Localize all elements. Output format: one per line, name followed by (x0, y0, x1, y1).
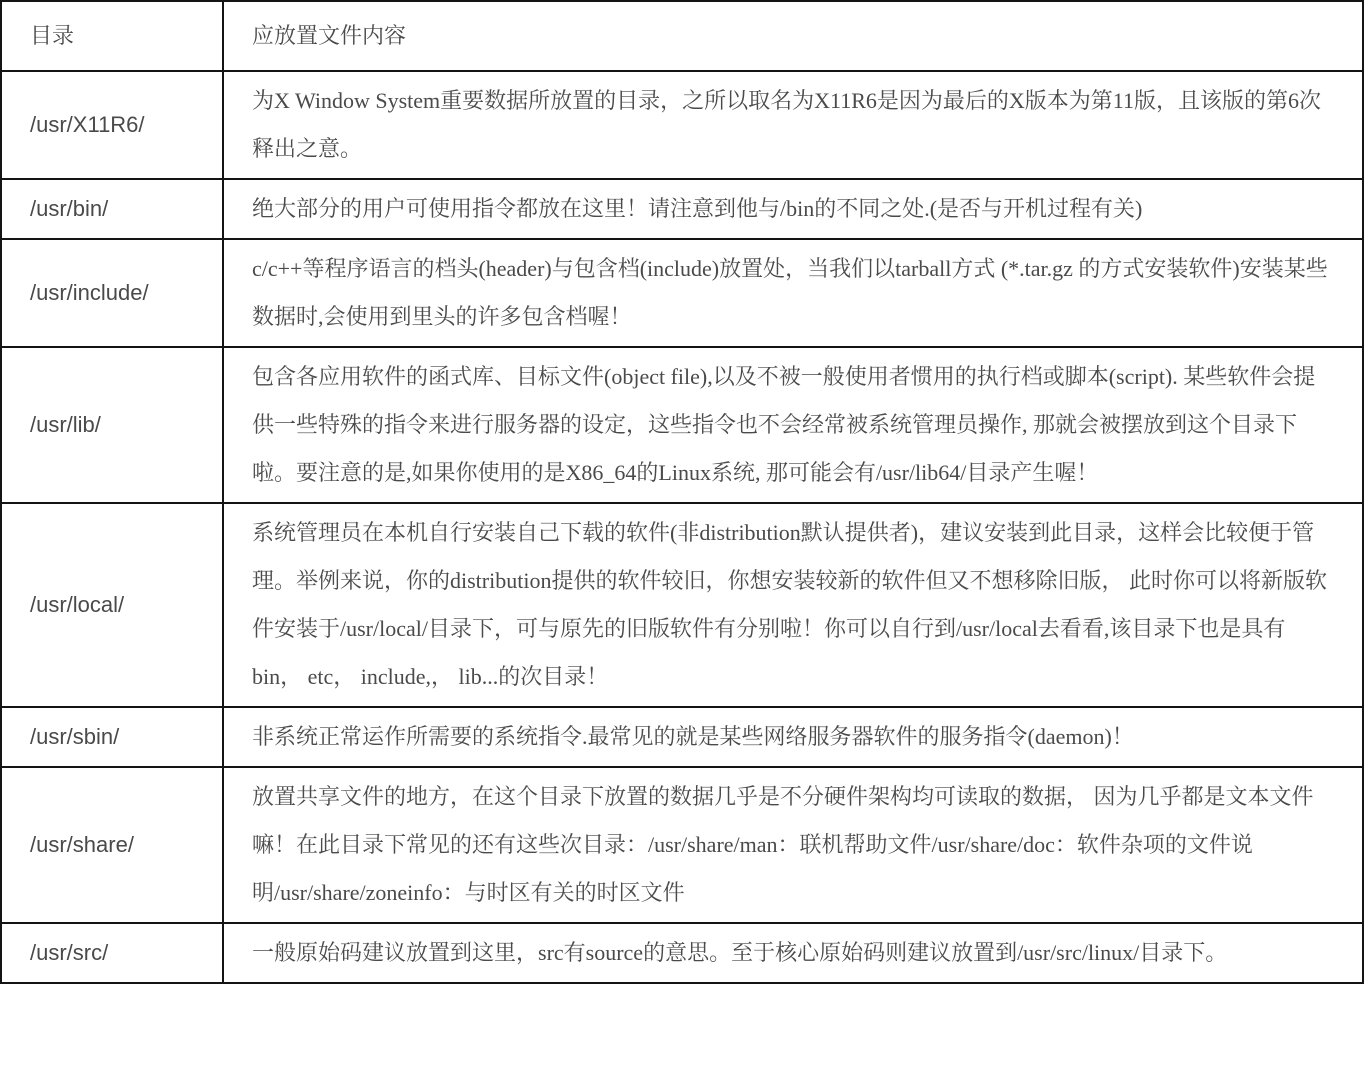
content-cell: 绝大部分的用户可使用指令都放在这里！请注意到他与/bin的不同之处.(是否与开机… (223, 179, 1363, 239)
table-row: /usr/src/ 一般原始码建议放置到这里，src有source的意思。至于核… (1, 923, 1363, 983)
dir-cell: /usr/lib/ (1, 347, 223, 503)
header-directory: 目录 (1, 1, 223, 71)
table-row: /usr/bin/ 绝大部分的用户可使用指令都放在这里！请注意到他与/bin的不… (1, 179, 1363, 239)
content-cell: 包含各应用软件的函式库、目标文件(object file),以及不被一般使用者惯… (223, 347, 1363, 503)
header-content: 应放置文件内容 (223, 1, 1363, 71)
content-cell: 为X Window System重要数据所放置的目录，之所以取名为X11R6是因… (223, 71, 1363, 179)
dir-cell: /usr/local/ (1, 503, 223, 707)
content-cell: 放置共享文件的地方，在这个目录下放置的数据几乎是不分硬件架构均可读取的数据， 因… (223, 767, 1363, 923)
content-cell: 非系统正常运作所需要的系统指令.最常见的就是某些网络服务器软件的服务指令(dae… (223, 707, 1363, 767)
dir-cell: /usr/X11R6/ (1, 71, 223, 179)
table-header-row: 目录 应放置文件内容 (1, 1, 1363, 71)
content-cell: 一般原始码建议放置到这里，src有source的意思。至于核心原始码则建议放置到… (223, 923, 1363, 983)
table-row: /usr/sbin/ 非系统正常运作所需要的系统指令.最常见的就是某些网络服务器… (1, 707, 1363, 767)
document-page: 目录 应放置文件内容 /usr/X11R6/ 为X Window System重… (0, 0, 1364, 1068)
usr-directory-table: 目录 应放置文件内容 /usr/X11R6/ 为X Window System重… (0, 0, 1364, 984)
dir-cell: /usr/include/ (1, 239, 223, 347)
content-cell: 系统管理员在本机自行安装自己下载的软件(非distribution默认提供者)，… (223, 503, 1363, 707)
dir-cell: /usr/share/ (1, 767, 223, 923)
dir-cell: /usr/src/ (1, 923, 223, 983)
table-row: /usr/include/ c/c++等程序语言的档头(header)与包含档(… (1, 239, 1363, 347)
table-row: /usr/share/ 放置共享文件的地方，在这个目录下放置的数据几乎是不分硬件… (1, 767, 1363, 923)
dir-cell: /usr/sbin/ (1, 707, 223, 767)
table-row: /usr/local/ 系统管理员在本机自行安装自己下载的软件(非distrib… (1, 503, 1363, 707)
content-cell: c/c++等程序语言的档头(header)与包含档(include)放置处，当我… (223, 239, 1363, 347)
dir-cell: /usr/bin/ (1, 179, 223, 239)
table-row: /usr/lib/ 包含各应用软件的函式库、目标文件(object file),… (1, 347, 1363, 503)
table-row: /usr/X11R6/ 为X Window System重要数据所放置的目录，之… (1, 71, 1363, 179)
